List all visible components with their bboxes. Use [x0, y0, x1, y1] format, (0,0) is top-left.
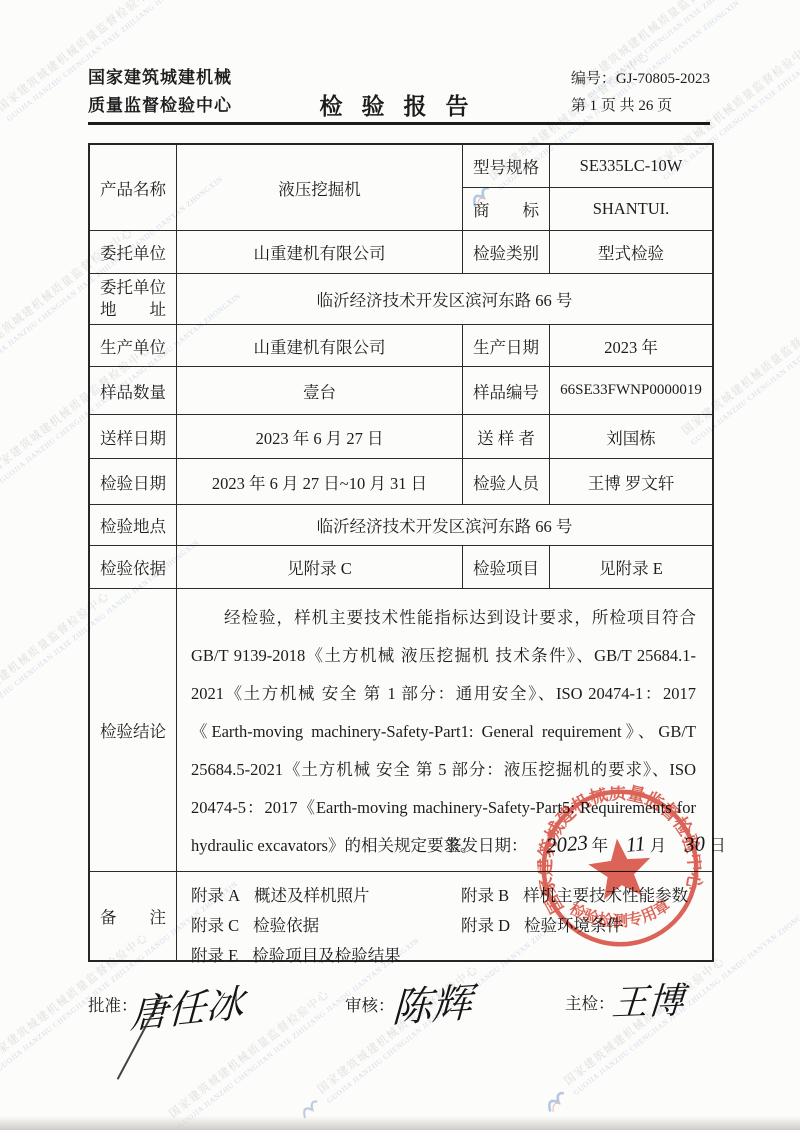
- table-row: 委托单位地 址 临沂经济技术开发区滨河东路 66 号: [90, 273, 712, 324]
- field-value-product-name: 液压挖掘机: [176, 145, 462, 230]
- scan-edge-shadow: [0, 1116, 800, 1130]
- page-indicator: 第 1 页 共 26 页: [571, 93, 710, 120]
- table-row: 检验地点 临沂经济技术开发区滨河东路 66 号: [90, 504, 712, 545]
- field-label-inspection-date: 检验日期: [90, 459, 176, 504]
- watermark-logo-icon: [539, 1084, 572, 1116]
- field-label-inspection-basis: 检验依据: [90, 546, 176, 588]
- appendix-item: 附录 C检验依据: [191, 911, 461, 941]
- field-value-client: 山重建机有限公司: [176, 231, 462, 273]
- svg-text:检验检测专用章: 检验检测专用章: [565, 889, 676, 936]
- field-value-inspectors: 王博 罗文轩: [549, 459, 712, 504]
- stamp-bottom-text: 检验检测专用章: [565, 889, 676, 936]
- report-title: 检验报告: [208, 88, 580, 121]
- issue-date-label: 签发日期：: [445, 836, 528, 855]
- field-value-brand: SHANTUI.: [549, 188, 712, 230]
- appendix-item: 附录 A概述及样机照片: [191, 881, 461, 911]
- field-value-sample-quantity: 壹台: [176, 367, 462, 414]
- field-label-sample-number: 样品编号: [462, 367, 549, 414]
- client-address-label-line1: 委托单位: [100, 277, 166, 299]
- field-label-brand: 商 标: [462, 188, 549, 230]
- field-label-delivery-date: 送样日期: [90, 415, 176, 458]
- appendix-title: 检验项目及检验结果: [252, 941, 401, 971]
- appendix-code: 附录 B: [461, 881, 509, 911]
- report-number: 编号：GJ-70805-2023: [571, 66, 710, 93]
- field-label-sample-quantity: 样品数量: [90, 367, 176, 414]
- stamp-star-icon: [586, 835, 654, 901]
- field-label-inspection-category: 检验类别: [462, 231, 549, 273]
- appendix-code: 附录 A: [191, 881, 240, 911]
- field-value-production-date: 2023 年: [549, 325, 712, 366]
- field-label-manufacturer: 生产单位: [90, 325, 176, 366]
- field-value-sample-sender: 刘国栋: [549, 415, 712, 458]
- appendix-title: 概述及样机照片: [254, 881, 370, 911]
- appendix-title: 检验依据: [253, 911, 319, 941]
- table-row: 检验依据 见附录 C 检验项目 见附录 E: [90, 545, 712, 588]
- table-row: 样品数量 壹台 样品编号 66SE33FWNP0000019: [90, 366, 712, 414]
- field-label-remarks: 备 注: [90, 872, 176, 960]
- header-meta: 编号：GJ-70805-2023 第 1 页 共 26 页: [571, 66, 710, 120]
- table-row: 送样日期 2023 年 6 月 27 日 送 样 者 刘国栋: [90, 414, 712, 458]
- field-value-inspection-basis: 见附录 C: [176, 546, 462, 588]
- table-row: 型号规格 SE335LC-10W: [462, 145, 712, 187]
- client-address-label-line2: 地 址: [100, 299, 166, 321]
- field-value-inspection-place: 临沂经济技术开发区滨河东路 66 号: [176, 505, 712, 545]
- table-row: 产品名称 液压挖掘机 型号规格 SE335LC-10W 商 标 SHANTUI.: [90, 145, 712, 230]
- field-label-production-date: 生产日期: [462, 325, 549, 366]
- field-label-inspection-items: 检验项目: [462, 546, 549, 588]
- field-value-manufacturer: 山重建机有限公司: [176, 325, 462, 366]
- header-rule: [88, 122, 710, 125]
- appendix-code: 附录 E: [191, 941, 238, 971]
- field-label-model-spec: 型号规格: [462, 145, 549, 187]
- field-value-inspection-category: 型式检验: [549, 231, 712, 273]
- model-brand-subtable: 型号规格 SE335LC-10W 商 标 SHANTUI.: [462, 145, 712, 230]
- field-label-inspection-place: 检验地点: [90, 505, 176, 545]
- appendix-code: 附录 C: [191, 911, 239, 941]
- field-value-client-address: 临沂经济技术开发区滨河东路 66 号: [176, 274, 712, 324]
- field-value-inspection-date: 2023 年 6 月 27 日~10 月 31 日: [176, 459, 462, 504]
- field-value-model-spec: SE335LC-10W: [549, 145, 712, 187]
- field-value-inspection-items: 见附录 E: [549, 546, 712, 588]
- field-label-client: 委托单位: [90, 231, 176, 273]
- appendix-item: 附录 E检验项目及检验结果: [191, 941, 461, 971]
- field-label-client-address: 委托单位地 址: [90, 274, 176, 324]
- table-row: 检验日期 2023 年 6 月 27 日~10 月 31 日 检验人员 王博 罗…: [90, 458, 712, 504]
- field-label-product-name: 产品名称: [90, 145, 176, 230]
- field-label-sample-sender: 送 样 者: [462, 415, 549, 458]
- report-page: 国家建筑城建机械质量监督检验中心GUOJIA JIANZHU CHENGJIAN…: [0, 0, 800, 1130]
- field-label-inspectors: 检验人员: [462, 459, 549, 504]
- official-stamp: 国家建筑城建机械质量监督检验中心 检验检测专用章: [530, 778, 710, 958]
- field-value-delivery-date: 2023 年 6 月 27 日: [176, 415, 462, 458]
- appendix-code: 附录 D: [461, 911, 510, 941]
- field-label-conclusion: 检验结论: [90, 589, 176, 871]
- table-row: 生产单位 山重建机有限公司 生产日期 2023 年: [90, 324, 712, 366]
- field-value-sample-number: 66SE33FWNP0000019: [549, 367, 712, 414]
- table-row: 委托单位 山重建机有限公司 检验类别 型式检验: [90, 230, 712, 273]
- table-row: 商 标 SHANTUI.: [462, 187, 712, 230]
- issue-day-unit: 日: [709, 836, 726, 855]
